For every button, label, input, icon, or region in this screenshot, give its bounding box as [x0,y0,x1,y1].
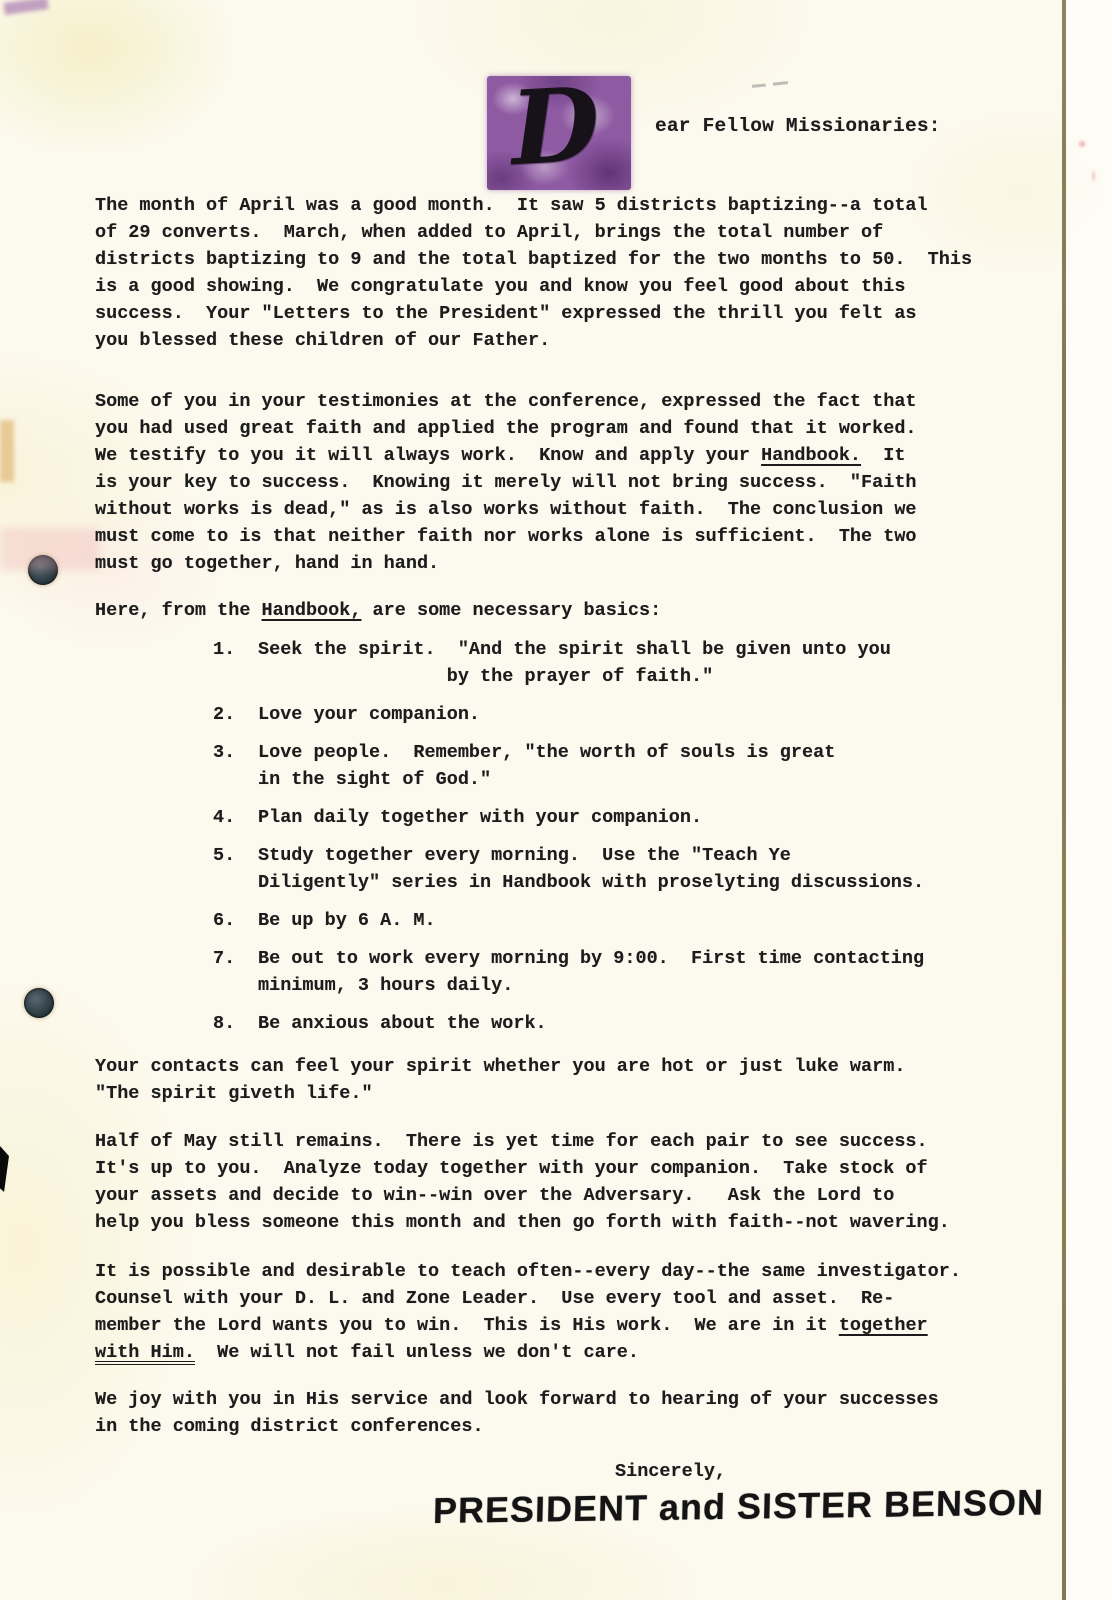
list-item: 1. Seek the spirit. "And the spirit shal… [213,636,1075,690]
pen-mark [0,1146,9,1192]
scanned-letter-page: D ear Fellow Missionaries: The month of … [0,0,1112,1600]
list-item-text: Seek the spirit. "And the spirit shall b… [258,636,891,690]
paragraph-half-of-may: Half of May still remains. There is yet … [95,1128,1075,1236]
paragraph-teach-often-rest: We will not fail unless we don't care. [195,1342,639,1363]
purple-stamp-block: D [487,76,631,190]
underlined-handbook: Handbook. [761,445,861,466]
underlined-handbook-2: Handbook, [262,600,362,621]
paragraph-testimonies: Some of you in your testimonies at the c… [95,388,1075,577]
list-item-text: Be out to work every morning by 9:00. Fi… [258,945,924,999]
list-item-text: Love people. Remember, "the worth of sou… [258,739,835,793]
list-item-number: 1. [213,636,258,690]
basics-intro-rest: are some necessary basics: [361,600,661,621]
basics-intro: Here, from the Handbook, are some necess… [95,597,1075,624]
list-item-number: 3. [213,739,258,793]
list-item-number: 2. [213,701,258,728]
pencil-dash [752,81,788,88]
salutation: ear Fellow Missionaries: [655,115,941,137]
list-item-number: 7. [213,945,258,999]
list-item-text: Be up by 6 A. M. [258,907,436,934]
paragraph-teach-often-text: It is possible and desirable to teach of… [95,1261,961,1336]
list-item: 7. Be out to work every morning by 9:00.… [213,945,1075,999]
list-item: 5. Study together every morning. Use the… [213,842,1075,896]
letter-body: The month of April was a good month. It … [95,192,1075,1524]
signature: PRESIDENT and SISTER BENSON [433,1488,1076,1524]
closing-sincerely: Sincerely, [615,1458,1075,1485]
ink-smudge [3,0,48,15]
punch-hole-bottom [24,988,54,1018]
basics-list: 1. Seek the spirit. "And the spirit shal… [213,636,1075,1037]
list-item: 4. Plan daily together with your compani… [213,804,1075,831]
list-item-number: 8. [213,1010,258,1037]
paragraph-spirit: Your contacts can feel your spirit wheth… [95,1053,1075,1107]
list-item-text: Plan daily together with your companion. [258,804,702,831]
paragraph-closing-joy: We joy with you in His service and look … [95,1386,1075,1440]
list-item-number: 5. [213,842,258,896]
list-item: 6. Be up by 6 A. M. [213,907,1075,934]
paragraph-april-results: The month of April was a good month. It … [95,192,1075,354]
drop-cap-letter: D [508,72,602,184]
list-item-text: Be anxious about the work. [258,1010,547,1037]
stain-mark [0,420,14,482]
underlined-with-him: with Him. [95,1342,195,1363]
list-item: 8. Be anxious about the work. [213,1010,1075,1037]
basics-intro-text: Here, from the [95,600,262,621]
list-item-text: Love your companion. [258,701,480,728]
list-item: 3. Love people. Remember, "the worth of … [213,739,1075,793]
list-item: 2. Love your companion. [213,701,1075,728]
paragraph-teach-often: It is possible and desirable to teach of… [95,1258,1075,1366]
list-item-text: Study together every morning. Use the "T… [258,842,924,896]
list-item-number: 4. [213,804,258,831]
list-item-number: 6. [213,907,258,934]
pink-smudge [0,528,100,570]
underlined-together: together [839,1315,928,1336]
